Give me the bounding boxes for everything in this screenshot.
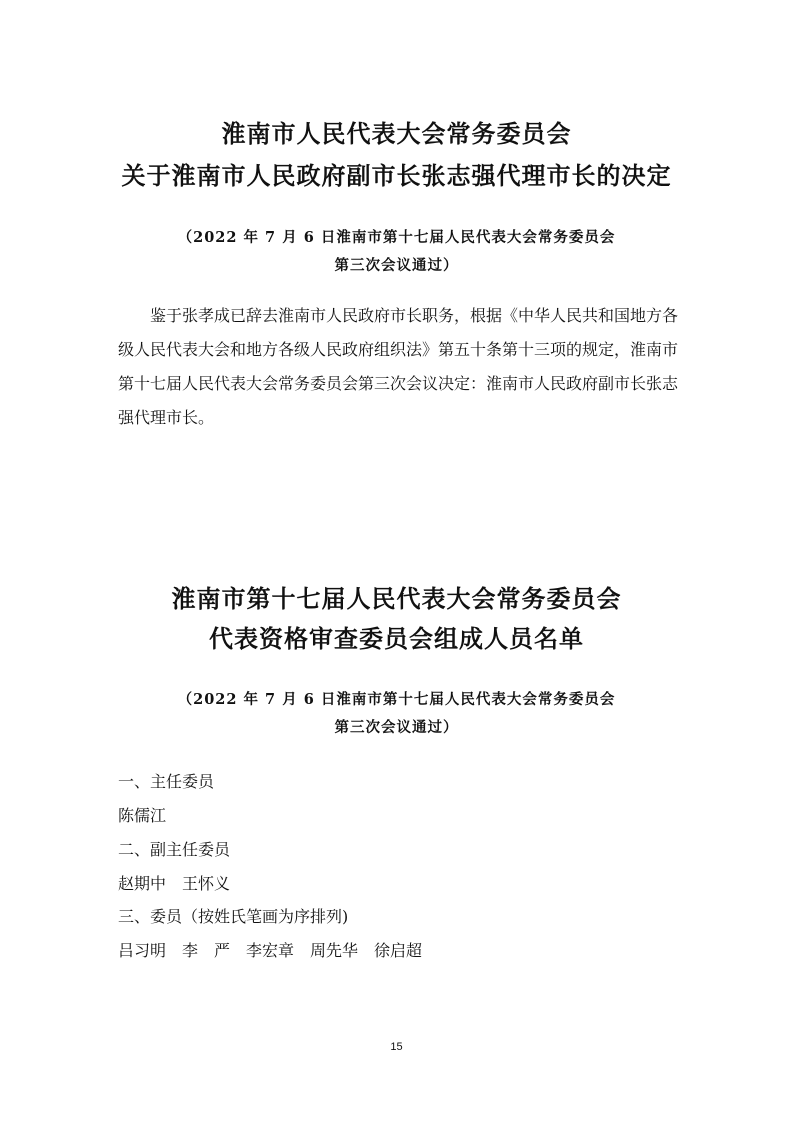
- roster-chair-name: 陈儒江: [118, 806, 166, 826]
- decision-note-line1: （2022 年 7 月 6 日淮南市第十七届人民代表大会常务委员会: [0, 230, 793, 246]
- roster-title-line2: 代表资格审查委员会组成人员名单: [0, 627, 793, 651]
- roster-note-line2: 第三次会议通过）: [0, 720, 793, 736]
- roster-note-line1: （2022 年 7 月 6 日淮南市第十七届人民代表大会常务委员会: [0, 692, 793, 708]
- roster-heading-vice-chair: 二、副主任委员: [118, 840, 230, 860]
- roster-heading-members: 三、委员（按姓氏笔画为序排列): [118, 907, 348, 927]
- decision-body: 鉴于张孝成已辞去淮南市人民政府市长职务，根据《中华人民共和国地方各级人民代表大会…: [118, 299, 678, 435]
- decision-title-line2: 关于淮南市人民政府副市长张志强代理市长的决定: [0, 164, 793, 188]
- roster-title-line1: 淮南市第十七届人民代表大会常务委员会: [0, 587, 793, 611]
- decision-note-line2: 第三次会议通过）: [0, 258, 793, 274]
- roster-member-names: 吕习明 李 严 李宏章 周先华 徐启超: [118, 941, 422, 961]
- decision-title-line1: 淮南市人民代表大会常务委员会: [0, 122, 793, 146]
- roster-heading-chair: 一、主任委员: [118, 772, 214, 792]
- page-number: 15: [0, 1041, 793, 1053]
- roster-vice-chair-names: 赵期中 王怀义: [118, 874, 230, 894]
